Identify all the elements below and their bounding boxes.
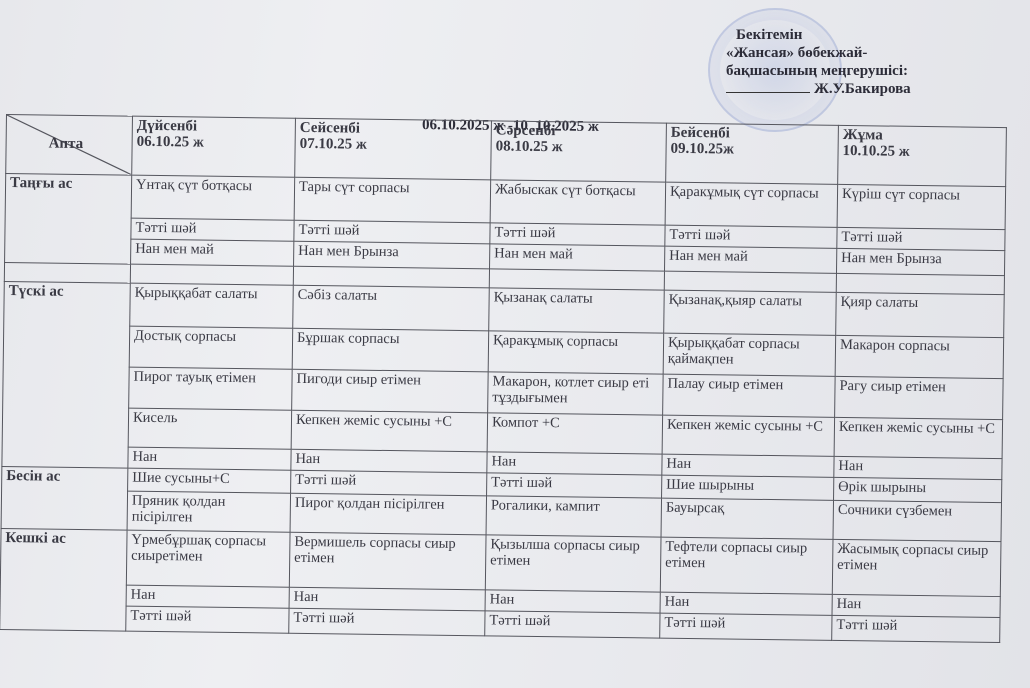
menu-cell: Бауырсақ bbox=[661, 498, 833, 539]
empty-cell bbox=[130, 264, 293, 285]
menu-cell: Тәтті шәй bbox=[131, 218, 294, 241]
approval-org: «Жансая» бөбекжай- bbox=[726, 44, 911, 62]
menu-cell: Кепкен жеміс сусыны +С bbox=[834, 417, 1002, 458]
menu-cell: Күріш сүт сорпасы bbox=[837, 184, 1006, 229]
menu-cell: Нан мен май bbox=[490, 244, 665, 271]
menu-cell: Жабыскак сүт ботқасы bbox=[490, 180, 666, 225]
day-header-friday: Жұма10.10.25 ж bbox=[838, 125, 1007, 186]
menu-cell: Қызылша сорпасы сиыр етімен bbox=[485, 535, 661, 592]
menu-cell: Өрік шырыны bbox=[834, 477, 1002, 502]
menu-cell: Макарон сорпасы bbox=[835, 335, 1004, 378]
menu-cell: Қызанақ,қыяр салаты bbox=[664, 290, 837, 335]
menu-cell: Пигоди сиыр етімен bbox=[292, 369, 489, 413]
menu-cell: Рогалики, кампит bbox=[486, 496, 661, 537]
day-header-wednesday: Сәрсенбі08.10.25 ж bbox=[491, 121, 667, 182]
empty-cell bbox=[836, 273, 1004, 294]
menu-cell: Нан bbox=[485, 590, 660, 613]
day-header-thursday: Бейсенбі09.10.25ж bbox=[666, 123, 839, 184]
approval-block: Бекітемін «Жансая» бөбекжай- бақшасының … bbox=[726, 26, 911, 98]
menu-cell: Кисель bbox=[128, 408, 291, 449]
menu-cell: Пряник қолдан пісірілген bbox=[127, 491, 290, 532]
day-date: 10.10.25 ж bbox=[842, 143, 1001, 161]
menu-cell: Үнтақ сүт ботқасы bbox=[131, 175, 295, 220]
day-header-monday: Дүйсенбі06.10.25 ж bbox=[132, 116, 296, 177]
day-date: 06.10.25 ж bbox=[137, 134, 291, 152]
menu-cell: Тәтті шәй bbox=[660, 613, 832, 640]
menu-cell: Қаракұмық сорпасы bbox=[488, 331, 664, 374]
menu-cell: Қырыққабат салаты bbox=[130, 283, 294, 328]
menu-cell: Шие шырыны bbox=[662, 475, 834, 500]
menu-cell: Тәтті шәй bbox=[487, 473, 662, 498]
approval-position: бақшасының меңгерушісі: bbox=[726, 62, 911, 80]
empty-cell bbox=[664, 271, 836, 292]
menu-cell: Тәтті шәй bbox=[665, 225, 837, 248]
menu-cell: Пирог тауық етімен bbox=[129, 367, 293, 410]
menu-cell: Сочники сүзбемен bbox=[833, 500, 1001, 541]
menu-cell: Шие сусыны+С bbox=[128, 468, 291, 493]
menu-cell: Компот +С bbox=[487, 413, 662, 454]
day-name: Дүйсенбі bbox=[137, 118, 291, 136]
menu-cell: Нан bbox=[128, 447, 291, 470]
day-date: 07.10.25 ж bbox=[300, 136, 487, 154]
menu-cell: Қызанақ салаты bbox=[489, 288, 665, 333]
signature-line bbox=[726, 92, 810, 93]
menu-cell: Нан bbox=[662, 454, 834, 477]
menu-cell: Үрмебұршақ сорпасы сиыретімен bbox=[126, 530, 290, 587]
approval-signature: Ж.У.Бакирова bbox=[726, 80, 911, 98]
menu-cell: Нан bbox=[660, 592, 832, 615]
menu-cell: Вермишель сорпасы сиыр етімен bbox=[289, 532, 486, 590]
menu-cell: Палау сиыр етімен bbox=[663, 374, 836, 417]
approval-title: Бекітемін bbox=[726, 26, 911, 44]
menu-cell: Нан мен Брынза bbox=[836, 248, 1004, 275]
menu-cell: Нан bbox=[291, 449, 487, 473]
menu-cell: Нан bbox=[834, 456, 1002, 479]
menu-cell: Жасымық сорпасы сиыр етімен bbox=[832, 539, 1001, 596]
menu-cell: Бұршак сорпасы bbox=[292, 328, 489, 372]
empty-cell bbox=[4, 262, 130, 283]
menu-sheet: Апта Дүйсенбі06.10.25 ж Сейсенбі07.10.25… bbox=[0, 114, 1007, 643]
menu-cell: Рагу сиыр етімен bbox=[835, 376, 1004, 419]
day-date: 09.10.25ж bbox=[670, 141, 833, 159]
menu-cell: Нан мен май bbox=[664, 246, 836, 273]
menu-cell: Пирог қолдан пісірілген bbox=[290, 493, 486, 535]
menu-cell: Нан bbox=[126, 585, 289, 608]
menu-cell: Кепкен жеміс сусыны +С bbox=[662, 415, 834, 456]
corner-label: Апта bbox=[49, 136, 84, 152]
menu-cell: Сәбіз салаты bbox=[293, 285, 490, 331]
menu-cell: Нан bbox=[289, 587, 485, 611]
menu-cell: Қырыққабат сорпасы қаймақпен bbox=[663, 333, 836, 376]
empty-cell bbox=[293, 266, 489, 288]
menu-table: Апта Дүйсенбі06.10.25 ж Сейсенбі07.10.25… bbox=[0, 114, 1007, 643]
meal-label-breakfast: Таңғы ас bbox=[5, 174, 132, 265]
menu-cell: Нан bbox=[487, 452, 662, 475]
menu-cell: Тәтті шәй bbox=[294, 220, 490, 244]
menu-cell: Нан мен май bbox=[131, 239, 294, 266]
meal-label-lunch: Түскі ас bbox=[2, 281, 130, 468]
menu-cell: Нан bbox=[832, 594, 1000, 617]
day-header-tuesday: Сейсенбі07.10.25 ж bbox=[295, 118, 492, 180]
menu-cell: Тәтті шәй bbox=[126, 606, 289, 633]
menu-cell: Тәтті шәй bbox=[490, 223, 665, 246]
menu-cell: Нан мен Брынза bbox=[294, 241, 490, 269]
menu-cell: Қаракұмық сүт сорпасы bbox=[665, 182, 838, 227]
empty-cell bbox=[489, 269, 664, 290]
meal-label-snack: Бесін ас bbox=[1, 466, 128, 530]
corner-cell: Апта bbox=[6, 115, 133, 176]
menu-cell: Достық сорпасы bbox=[129, 326, 293, 369]
menu-cell: Тәтті шәй bbox=[832, 615, 1000, 642]
day-date: 08.10.25 ж bbox=[496, 138, 662, 156]
menu-cell: Тефтели сорпасы сиыр етімен bbox=[660, 537, 833, 594]
signature-name: Ж.У.Бакирова bbox=[814, 81, 911, 97]
menu-cell: Тәтті шәй bbox=[289, 608, 485, 636]
menu-cell: Тары сүт сорпасы bbox=[294, 177, 491, 223]
menu-cell: Тәтті шәй bbox=[485, 611, 660, 638]
menu-cell: Тәтті шәй bbox=[291, 470, 487, 496]
menu-cell: Тәтті шәй bbox=[837, 227, 1005, 250]
menu-cell: Макарон, котлет сиыр еті тұздығымен bbox=[488, 372, 664, 415]
menu-cell: Кепкен жеміс сусыны +С bbox=[291, 410, 487, 452]
menu-cell: Қияр салаты bbox=[836, 292, 1005, 337]
meal-label-dinner: Кешкі ас bbox=[0, 528, 127, 631]
